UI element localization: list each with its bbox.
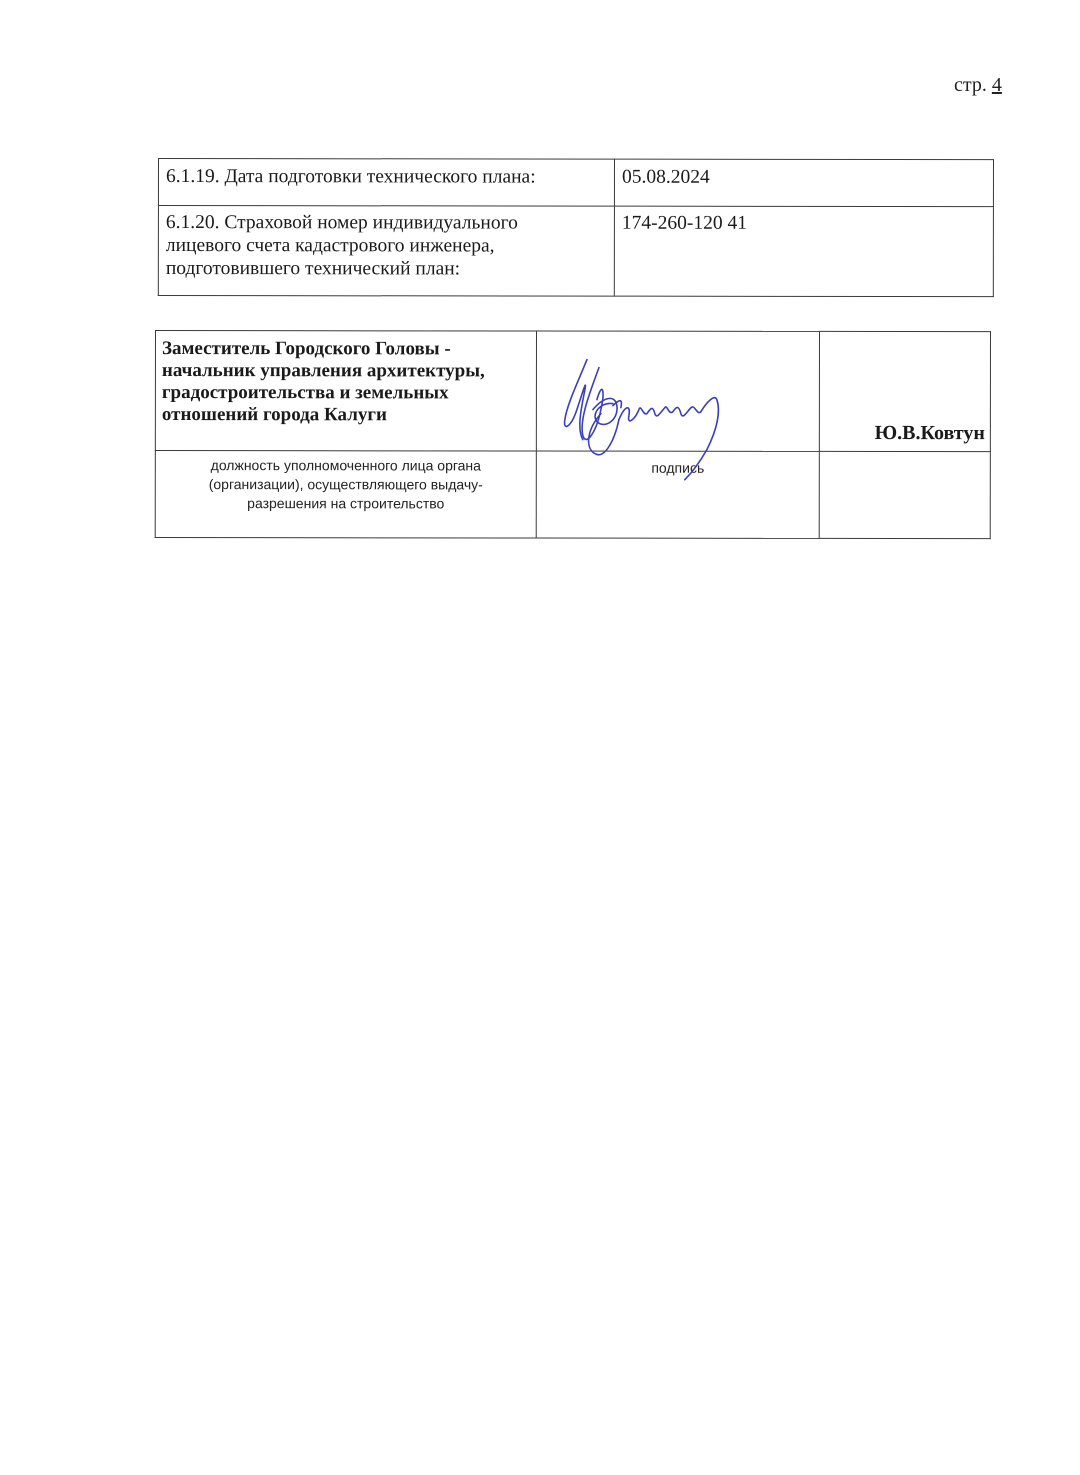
table-row: должность уполномоченного лица органа (о… <box>155 451 990 539</box>
technical-plan-info-table: 6.1.19. Дата подготовки технического пла… <box>158 158 994 297</box>
signature-caption: подпись <box>536 451 819 538</box>
snils-value: 174-260-120 41 <box>614 206 993 297</box>
signature-block-table: Заместитель Городского Головы - начальни… <box>155 330 991 539</box>
table-row: 6.1.20. Страховой номер индивидуального … <box>158 206 993 297</box>
table-row: 6.1.19. Дата подготовки технического пла… <box>158 159 993 207</box>
signer-name: Ю.В.Ковтун <box>819 331 990 451</box>
position-caption: должность уполномоченного лица органа (о… <box>155 451 536 539</box>
table-row: Заместитель Городского Головы - начальни… <box>155 331 990 452</box>
page-label: стр. <box>954 74 987 96</box>
name-caption <box>819 451 990 538</box>
preparation-date-label: 6.1.19. Дата подготовки технического пла… <box>158 159 614 207</box>
official-position: Заместитель Городского Головы - начальни… <box>155 331 536 452</box>
snils-label: 6.1.20. Страховой номер индивидуального … <box>158 206 614 297</box>
signature-cell <box>536 331 819 451</box>
preparation-date-value: 05.08.2024 <box>614 159 993 207</box>
page-number-value: 4 <box>992 74 1002 96</box>
page-number: стр. 4 <box>954 74 1002 97</box>
